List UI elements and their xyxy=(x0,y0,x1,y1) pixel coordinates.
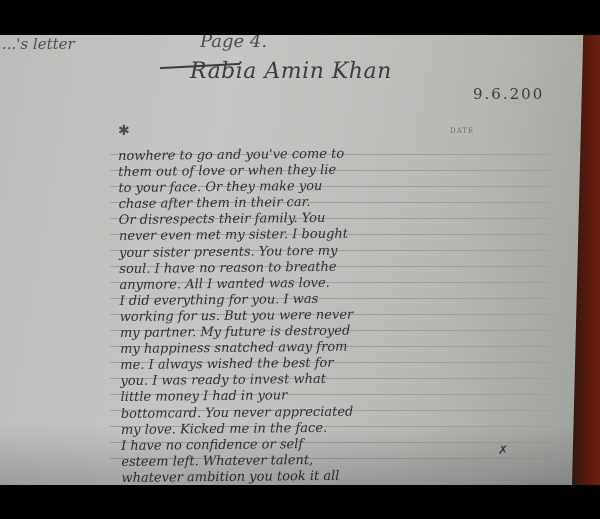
letter-date: 9.6.200 xyxy=(473,85,544,103)
desk-edge xyxy=(572,35,600,485)
letter-photo: ...'s letter Page 4. Rabia Amin Khan 9.6… xyxy=(0,35,600,485)
date-label: DATE xyxy=(450,127,474,135)
signature: Rabia Amin Khan xyxy=(190,59,392,84)
page-header: ...'s letter Page 4. xyxy=(0,35,600,57)
page-number: Page 4. xyxy=(200,35,267,52)
margin-star-icon: ✱ xyxy=(118,123,130,139)
header-left-text: ...'s letter xyxy=(2,35,75,53)
photo-shadow xyxy=(0,425,600,485)
